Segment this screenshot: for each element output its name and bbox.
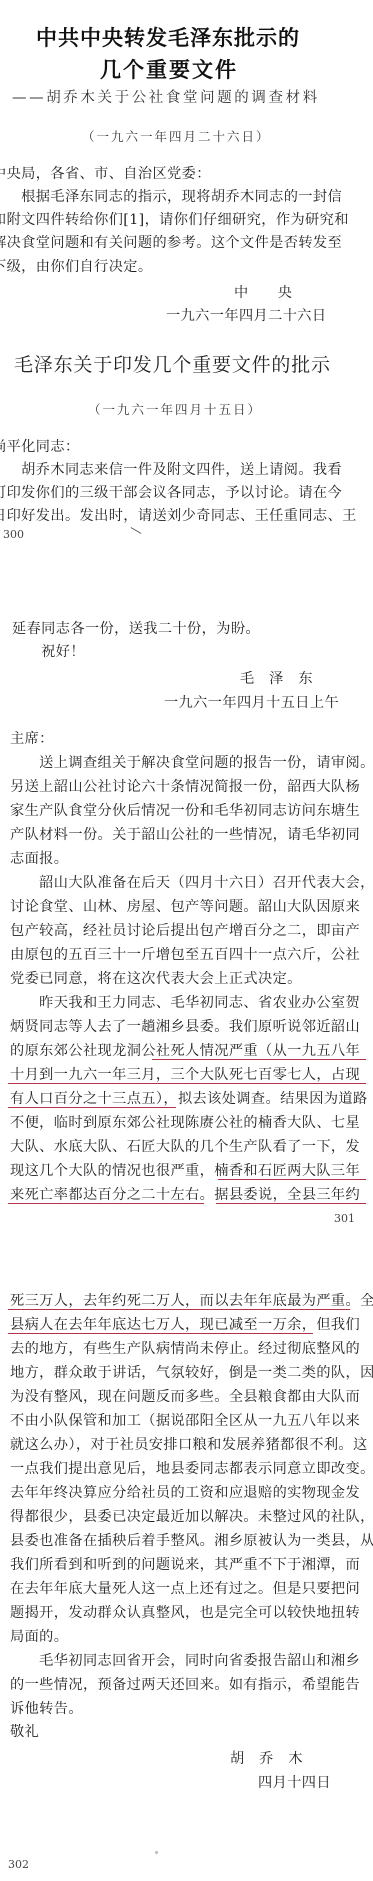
paragraph-line: 包产较高，经社员讨论后提出包产增百分之二，即亩产 [10, 920, 360, 940]
paragraph-line: 不由小队保管和加工（据说邵阳全区从一九五八年以来 [10, 1410, 360, 1430]
paragraph-line: 题揭开，发动群众认真整风，也是完全可以较快地扭转 [10, 1602, 360, 1622]
salutation: 主席： [10, 728, 54, 748]
red-underline [8, 1107, 176, 1108]
pen-mark [131, 527, 142, 534]
signature-date: 一九六一年四月十五日上午 [164, 692, 339, 712]
signature: 胡 乔 木 [230, 1748, 303, 1768]
paragraph-line: 毛华初同志回省开会，同时向省委报告韶山和湘乡 [10, 1650, 360, 1670]
paragraph-line: 现这几个大队的情况也很严重，楠香和石匠两大队三年 [10, 1160, 360, 1180]
paragraph-line: 就这么办），对于社员安排口粮和发展养猪都很不利。这 [10, 1434, 368, 1454]
paragraph-line: 另送上韶山公社讨论六十条情况简报一份，韶西大队杨 [10, 776, 360, 796]
paragraph-line: 来死亡率都达百分之二十左右。据县委说，全县三年约 [10, 1184, 360, 1204]
paragraph-line: 为没有整风，现在问题反而多些。全县粮食都由大队而 [10, 1386, 360, 1406]
paragraph-line: 有人口百分之十三点五），拟去该处调查。结果因为道路 [10, 1088, 368, 1108]
paragraph-line: 产队材料一份。关于韶山公社的一些情况，请毛华初同 [10, 824, 360, 844]
paragraph-line: 诉他转告。 [10, 1698, 83, 1718]
document-date: （一九六一年四月二十六日） [82, 127, 271, 145]
paragraph-line: 根据毛泽东同志的指示，现将胡乔木同志的一封信 [0, 186, 342, 206]
paragraph-line: 去年年终决算应分给社员的工资和应退赔的实物现金发 [10, 1482, 360, 1502]
document-subtitle: ——胡乔木关于公社食堂问题的调查材料 [12, 86, 320, 107]
signature: 中 央 [234, 282, 292, 302]
paragraph-line: 党委已同意，将在这次代表大会上正式决定。 [10, 968, 302, 988]
paragraph-line: 大队、水底大队、石匠大队的几个生产队看了一下，发 [10, 1136, 360, 1156]
paragraph-line: 的原东郊公社现龙洞公社死人情况严重（从一九五八年 [10, 1040, 360, 1060]
paragraph-line: 县病人在去年年底达七万人，现已减至一万余，但我们 [10, 1314, 360, 1334]
paragraph-line: 下级，由你们自行决定。 [0, 256, 152, 276]
salutation: 尚平化同志： [0, 436, 80, 456]
paragraph-line: 我们所看到和听到的问题说来，其严重不下于湘潭，而 [10, 1554, 360, 1574]
closing: 敬礼 [10, 1721, 39, 1741]
paragraph-line: 炳贤同志等人去了一趟湘乡县委。我们原听说邻近韶山 [10, 1016, 360, 1036]
red-underline [152, 1059, 366, 1060]
paragraph-line: 去的地方，有些生产队病情尚未停止。经过彻底整风的 [10, 1338, 360, 1358]
page-number: 301 [334, 1212, 355, 1225]
page-number: 302 [8, 1858, 29, 1871]
page-number: 300 [3, 528, 24, 541]
paragraph-line: 十月到一九六一年三月，三个大队死七百零七人，占现 [10, 1064, 360, 1084]
paragraph-line: 解决食堂问题和有关问题的参考。这个文件是否转发至 [0, 232, 342, 252]
paragraph-line: 地方，群众敢于讲话，气氛较好，倒是一类二类的队，因 [10, 1362, 373, 1382]
paragraph-line: 可印发你们的三级干部会议各同志，予以讨论。请在今 [0, 482, 342, 502]
red-underline [8, 1333, 313, 1334]
red-underline [216, 1203, 366, 1204]
red-underline [8, 1203, 204, 1204]
closing: 祝好！ [12, 641, 85, 661]
paragraph-line: 不便，临时到原东郊公社现陈赓公社的楠香大队、七星 [10, 1112, 360, 1132]
paragraph-line: 死三万人，去年约死二万人，而以去年年底最为严重。全 [10, 1290, 373, 1310]
paragraph-line: 在去年年底大量死人这一点上还有过之。但是只要把问 [10, 1578, 360, 1598]
paragraph-line: 县委也准备在插秧后着手整风。湘乡原被认为一类县，从 [10, 1530, 373, 1550]
red-underline [8, 1083, 366, 1084]
paragraph-line: 日印好发出。发出时，请送刘少奇同志、王任重同志、王 [0, 505, 357, 525]
paragraph-line: 昨天我和王力同志、毛华初同志、省农业办公室贺 [10, 992, 360, 1012]
paragraph-line: 胡乔木同志来信一件及附文四件，送上请阅。我看 [0, 459, 342, 479]
paragraph-line: 中央局，各省、市、自治区党委： [0, 163, 211, 183]
red-underline [8, 1309, 350, 1310]
paragraph-line: 得都很少，县委已决定最近加以解决。未整过风的社队， [10, 1506, 373, 1526]
paragraph-line: 由原包的五百三十一斤增包至五百四十一点六斤，公社 [10, 944, 360, 964]
paragraph-line: 韶山大队准备在后天（四月十六日）召开代表大会， [10, 872, 373, 892]
scan-speck [155, 1851, 158, 1854]
signature-date: 四月十四日 [258, 1772, 331, 1792]
document-title-line2: 几个重要文件 [100, 54, 238, 84]
section-date: （一九六一年四月十五日） [88, 400, 262, 418]
paragraph-line: 的一些情况，预备过两天还回来。如有指示，希望能告 [10, 1674, 360, 1694]
paragraph-line: 送上调查组关于解决食堂问题的报告一份，请审阅。 [10, 752, 373, 772]
paragraph-line: 讨论食堂、山林、房屋、包产等问题。韶山大队因原来 [10, 896, 360, 916]
signature: 毛 泽 东 [240, 668, 313, 688]
paragraph-line: 局面的。 [10, 1626, 68, 1646]
paragraph-line: 和附文四件转给你们[1]，请你们仔细研究，作为研究和 [0, 209, 349, 229]
section-heading: 毛泽东关于印发几个重要文件的批示 [14, 350, 331, 377]
paragraph-line: 延春同志各一份，送我二十份，为盼。 [12, 618, 260, 638]
paragraph-line: 家生产队食堂分伙后情况一份和毛华初同志访问东塘生 [10, 800, 360, 820]
signature-date: 一九六一年四月二十六日 [166, 305, 326, 325]
document-title-line1: 中共中央转发毛泽东批示的 [36, 22, 300, 52]
paragraph-line: 一点我们提出意见后，地县委同志都表示同意立即改变。 [10, 1458, 373, 1478]
paragraph-line: 志面报。 [10, 848, 68, 868]
red-underline [218, 1179, 366, 1180]
